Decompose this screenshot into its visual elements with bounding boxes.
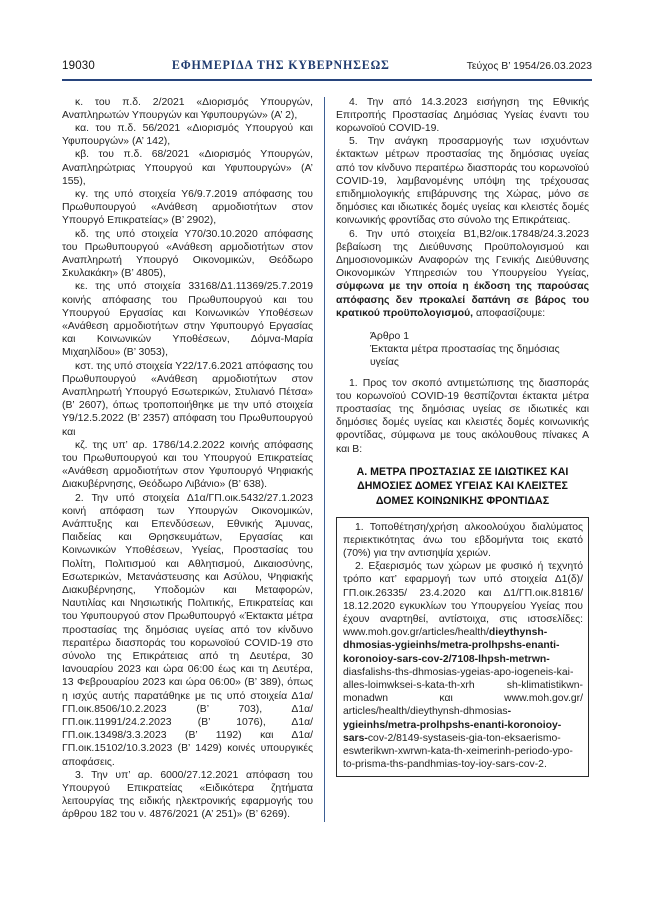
paragraph: κγ. της υπό στοιχεία Υ6/9.7.2019 απόφαση… bbox=[62, 188, 313, 228]
header-row: 19030 ΕΦΗΜΕΡΙΔΑ ΤΗΣ ΚΥΒΕΡΝΗΣΕΩΣ Τεύχος Β… bbox=[62, 58, 592, 77]
left-column: κ. του π.δ. 2/2021 «Διορισμός Υπουργών, … bbox=[62, 96, 313, 822]
article-number: Άρθρο 1 bbox=[336, 330, 589, 343]
right-column-top-paragraphs: 4. Την από 14.3.2023 εισήγηση της Εθνική… bbox=[336, 96, 589, 320]
column-divider bbox=[324, 97, 325, 822]
gazette-title: ΕΦΗΜΕΡΙΔΑ ΤΗΣ ΚΥΒΕΡΝΗΣΕΩΣ bbox=[172, 58, 390, 74]
right-column: 4. Την από 14.3.2023 εισήγηση της Εθνική… bbox=[336, 96, 589, 822]
gazette-page: 19030 ΕΦΗΜΕΡΙΔΑ ΤΗΣ ΚΥΒΕΡΝΗΣΕΩΣ Τεύχος Β… bbox=[0, 0, 650, 919]
paragraph: κα. του π.δ. 56/2021 «Διορισμός Υπουργού… bbox=[62, 122, 313, 148]
paragraph: 2. Εξαερισμός των χώρων με φυσικό ή τεχν… bbox=[343, 560, 583, 771]
header-rule bbox=[62, 79, 592, 81]
paragraph: κ. του π.δ. 2/2021 «Διορισμός Υπουργών, … bbox=[62, 96, 313, 122]
paragraph: κε. της υπό στοιχεία 33168/Δ1.11369/25.7… bbox=[62, 280, 313, 359]
page-body: κ. του π.δ. 2/2021 «Διορισμός Υπουργών, … bbox=[62, 96, 592, 822]
issue-info: Τεύχος Β’ 1954/26.03.2023 bbox=[467, 60, 592, 72]
article-heading-block: Άρθρο 1 Έκτακτα μέτρα προστασίας της δημ… bbox=[336, 330, 589, 370]
article-title: Έκτακτα μέτρα προστασίας της δημόσιας υγ… bbox=[336, 343, 589, 369]
intro-paragraph: 1. Προς τον σκοπό αντιμετώπισης της διασ… bbox=[336, 377, 589, 456]
paragraph: 6. Την υπό στοιχεία Β1,Β2/οικ.17848/24.3… bbox=[336, 228, 589, 320]
paragraph: 5. Την ανάγκη προσαρμογής των ισχυόντων … bbox=[336, 135, 589, 227]
paragraph: κζ. της υπ’ αρ. 1786/14.2.2022 κοινής απ… bbox=[62, 439, 313, 492]
paragraph: 3. Την υπ’ αρ. 6000/27.12.2021 απόφαση τ… bbox=[62, 769, 313, 822]
paragraph: κβ. του π.δ. 68/2021 «Διορισμός Υπουργών… bbox=[62, 148, 313, 188]
page-header: 19030 ΕΦΗΜΕΡΙΔΑ ΤΗΣ ΚΥΒΕΡΝΗΣΕΩΣ Τεύχος Β… bbox=[62, 58, 592, 81]
paragraph: 1. Τοποθέτηση/χρήση αλκοολούχου διαλύματ… bbox=[343, 521, 583, 561]
section-a-heading: Α. ΜΕΤΡΑ ΠΡΟΣΤΑΣΙΑΣ ΣΕ ΙΔΙΩΤΙΚΕΣ ΚΑΙ ΔΗΜ… bbox=[340, 465, 585, 509]
paragraph: κστ. της υπό στοιχεία Υ22/17.6.2021 απόφ… bbox=[62, 360, 313, 439]
page-number: 19030 bbox=[62, 60, 95, 72]
measures-box: 1. Τοποθέτηση/χρήση αλκοολούχου διαλύματ… bbox=[336, 517, 589, 778]
paragraph: 2. Την υπό στοιχεία Δ1α/ΓΠ.οικ.5432/27.1… bbox=[62, 492, 313, 769]
paragraph: κδ. της υπό στοιχεία Υ70/30.10.2020 απόφ… bbox=[62, 228, 313, 281]
paragraph: 4. Την από 14.3.2023 εισήγηση της Εθνική… bbox=[336, 96, 589, 136]
